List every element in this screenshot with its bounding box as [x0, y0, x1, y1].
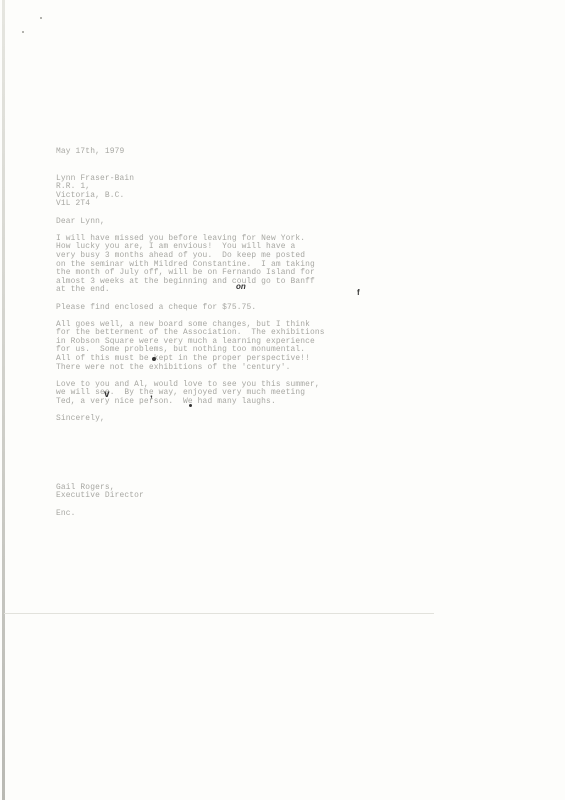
- paragraph: Please find enclosed a cheque for $75.75…: [56, 304, 386, 313]
- recipient-address: Lynn Fraser-Bain R.R. 1, Victoria, B.C. …: [56, 175, 386, 209]
- letter-body: May 17th, 1979 Lynn Fraser-Bain R.R. 1, …: [56, 148, 386, 518]
- paragraph-line: Please find enclosed a cheque for $75.75…: [56, 304, 386, 313]
- closing: Sincerely,: [56, 415, 386, 424]
- enclosure-note: Enc.: [56, 510, 386, 519]
- handwritten-comma: ,: [150, 389, 153, 400]
- address-line: Victoria, B.C.: [56, 192, 386, 201]
- salutation: Dear Lynn,: [56, 218, 386, 227]
- handwritten-dot: [152, 357, 156, 361]
- paragraph-line: at the end.: [56, 286, 386, 295]
- address-line: V1L 2T4: [56, 200, 386, 209]
- paragraph: I will have missed you before leaving fo…: [56, 235, 386, 295]
- handwritten-correction-on: on: [236, 282, 246, 291]
- paragraph: All goes well, a new board some changes,…: [56, 321, 386, 373]
- signature-title: Executive Director: [56, 492, 386, 501]
- page-fold-line: [4, 613, 434, 614]
- handwritten-correction-f: f: [357, 288, 360, 297]
- scan-speck: [40, 17, 42, 19]
- scan-left-edge: [2, 0, 5, 800]
- handwritten-dot: [189, 404, 192, 407]
- letter-date: May 17th, 1979: [56, 148, 386, 157]
- scan-speck: [22, 31, 24, 33]
- recipient-name: Lynn Fraser-Bain: [56, 175, 386, 184]
- handwritten-correction-v: v: [104, 389, 110, 400]
- paragraph-line: There were not the exhibitions of the 'c…: [56, 364, 386, 373]
